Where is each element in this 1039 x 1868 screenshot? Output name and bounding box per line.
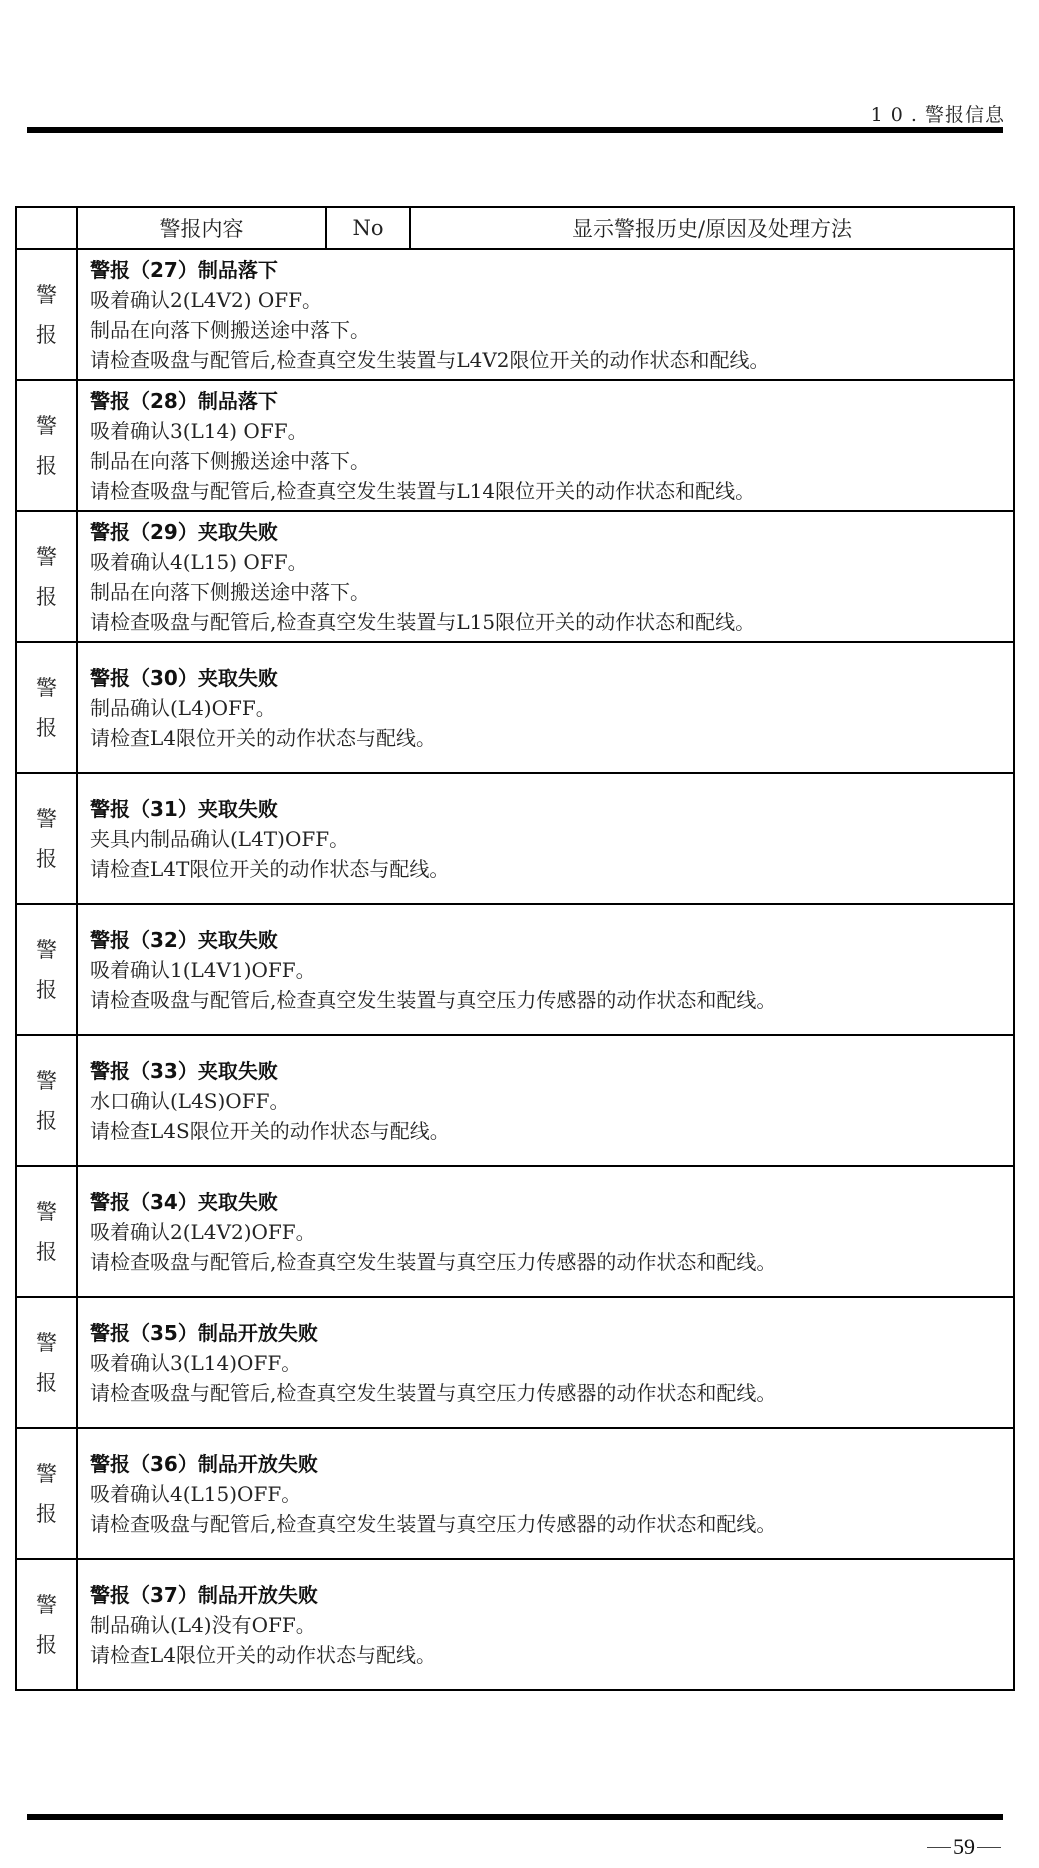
table-row: 警报警报（36）制品开放失败吸着确认4(L15)OFF。请检查吸盘与配管后,检查… — [16, 1428, 1014, 1559]
column-header-description: 显示警报历史/原因及处理方法 — [410, 207, 1014, 249]
alarm-type-char: 报 — [17, 1363, 76, 1403]
alarm-detail-line: 请检查吸盘与配管后,检查真空发生装置与真空压力传感器的动作状态和配线。 — [90, 1509, 1001, 1539]
header-rule — [27, 127, 1003, 133]
alarm-title: 警报（29）夹取失败 — [90, 517, 1001, 547]
alarm-detail-line: 制品在向落下侧搬送途中落下。 — [90, 577, 1001, 607]
alarm-title: 警报（28）制品落下 — [90, 386, 1001, 416]
alarm-type-char: 报 — [17, 1494, 76, 1534]
table-header-row: 警报内容 No 显示警报历史/原因及处理方法 — [16, 207, 1014, 249]
alarm-type-cell: 警报 — [16, 1166, 77, 1297]
alarm-table: 警报内容 No 显示警报历史/原因及处理方法 警报警报（27）制品落下吸着确认2… — [15, 206, 1015, 1691]
alarm-detail-line: 请检查吸盘与配管后,检查真空发生装置与L4V2限位开关的动作状态和配线。 — [90, 345, 1001, 375]
alarm-detail-line: 吸着确认3(L14)OFF。 — [90, 1348, 1001, 1378]
alarm-content-cell: 警报（36）制品开放失败吸着确认4(L15)OFF。请检查吸盘与配管后,检查真空… — [77, 1428, 1014, 1559]
alarm-type-cell: 警报 — [16, 249, 77, 380]
table-row: 警报警报（29）夹取失败吸着确认4(L15) OFF。制品在向落下侧搬送途中落下… — [16, 511, 1014, 642]
alarm-title: 警报（36）制品开放失败 — [90, 1449, 1001, 1479]
alarm-content-cell: 警报（37）制品开放失败制品确认(L4)没有OFF。请检查L4限位开关的动作状态… — [77, 1559, 1014, 1690]
alarm-type-char: 报 — [17, 1101, 76, 1141]
alarm-type-char: 报 — [17, 315, 76, 355]
alarm-title: 警报（34）夹取失败 — [90, 1187, 1001, 1217]
alarm-type-char: 警 — [17, 1061, 76, 1101]
alarm-detail-line: 水口确认(L4S)OFF。 — [90, 1086, 1001, 1116]
alarm-type-char: 警 — [17, 1585, 76, 1625]
alarm-rows: 警报警报（27）制品落下吸着确认2(L4V2) OFF。制品在向落下侧搬送途中落… — [16, 249, 1014, 1690]
alarm-content-cell: 警报（30）夹取失败制品确认(L4)OFF。请检查L4限位开关的动作状态与配线。 — [77, 642, 1014, 773]
table-row: 警报警报（30）夹取失败制品确认(L4)OFF。请检查L4限位开关的动作状态与配… — [16, 642, 1014, 773]
alarm-content-cell: 警报（33）夹取失败水口确认(L4S)OFF。请检查L4S限位开关的动作状态与配… — [77, 1035, 1014, 1166]
alarm-type-char: 报 — [17, 1232, 76, 1272]
alarm-title: 警报（32）夹取失败 — [90, 925, 1001, 955]
alarm-type-cell: 警报 — [16, 1428, 77, 1559]
alarm-type-char: 警 — [17, 930, 76, 970]
alarm-content-cell: 警报（29）夹取失败吸着确认4(L15) OFF。制品在向落下侧搬送途中落下。请… — [77, 511, 1014, 642]
alarm-title: 警报（31）夹取失败 — [90, 794, 1001, 824]
table-row: 警报警报（27）制品落下吸着确认2(L4V2) OFF。制品在向落下侧搬送途中落… — [16, 249, 1014, 380]
alarm-type-char: 警 — [17, 799, 76, 839]
alarm-detail-line: 请检查L4T限位开关的动作状态与配线。 — [90, 854, 1001, 884]
alarm-type-char: 报 — [17, 446, 76, 486]
alarm-type-cell: 警报 — [16, 1297, 77, 1428]
alarm-type-char: 报 — [17, 839, 76, 879]
alarm-detail-line: 制品在向落下侧搬送途中落下。 — [90, 446, 1001, 476]
alarm-content-cell: 警报（35）制品开放失败吸着确认3(L14)OFF。请检查吸盘与配管后,检查真空… — [77, 1297, 1014, 1428]
alarm-detail-line: 制品在向落下侧搬送途中落下。 — [90, 315, 1001, 345]
page-number-value: 59 — [953, 1834, 975, 1860]
alarm-detail-line: 请检查吸盘与配管后,检查真空发生装置与真空压力传感器的动作状态和配线。 — [90, 985, 1001, 1015]
alarm-title: 警报（35）制品开放失败 — [90, 1318, 1001, 1348]
alarm-detail-line: 夹具内制品确认(L4T)OFF。 — [90, 824, 1001, 854]
alarm-type-char: 警 — [17, 275, 76, 315]
dash-left — [927, 1847, 951, 1848]
alarm-type-char: 警 — [17, 1454, 76, 1494]
alarm-detail-line: 吸着确认2(L4V2)OFF。 — [90, 1217, 1001, 1247]
column-header-type — [16, 207, 77, 249]
page-number: 59 — [925, 1834, 1003, 1860]
table-row: 警报警报（34）夹取失败吸着确认2(L4V2)OFF。请检查吸盘与配管后,检查真… — [16, 1166, 1014, 1297]
alarm-type-char: 报 — [17, 708, 76, 748]
alarm-detail-line: 制品确认(L4)OFF。 — [90, 693, 1001, 723]
alarm-detail-line: 制品确认(L4)没有OFF。 — [90, 1610, 1001, 1640]
alarm-type-char: 警 — [17, 406, 76, 446]
alarm-type-char: 报 — [17, 577, 76, 617]
alarm-detail-line: 吸着确认4(L15)OFF。 — [90, 1479, 1001, 1509]
alarm-type-cell: 警报 — [16, 380, 77, 511]
table-row: 警报警报（32）夹取失败吸着确认1(L4V1)OFF。请检查吸盘与配管后,检查真… — [16, 904, 1014, 1035]
table-row: 警报警报（37）制品开放失败制品确认(L4)没有OFF。请检查L4限位开关的动作… — [16, 1559, 1014, 1690]
column-header-no: No — [326, 207, 410, 249]
alarm-title: 警报（30）夹取失败 — [90, 663, 1001, 693]
table-row: 警报警报（28）制品落下吸着确认3(L14) OFF。制品在向落下侧搬送途中落下… — [16, 380, 1014, 511]
alarm-detail-line: 吸着确认2(L4V2) OFF。 — [90, 285, 1001, 315]
alarm-type-char: 警 — [17, 668, 76, 708]
alarm-type-char: 警 — [17, 1323, 76, 1363]
alarm-type-char: 报 — [17, 970, 76, 1010]
alarm-content-cell: 警报（31）夹取失败夹具内制品确认(L4T)OFF。请检查L4T限位开关的动作状… — [77, 773, 1014, 904]
alarm-type-cell: 警报 — [16, 1035, 77, 1166]
alarm-detail-line: 请检查吸盘与配管后,检查真空发生装置与真空压力传感器的动作状态和配线。 — [90, 1378, 1001, 1408]
alarm-content-cell: 警报（27）制品落下吸着确认2(L4V2) OFF。制品在向落下侧搬送途中落下。… — [77, 249, 1014, 380]
alarm-detail-line: 请检查L4限位开关的动作状态与配线。 — [90, 723, 1001, 753]
alarm-type-char: 警 — [17, 537, 76, 577]
alarm-title: 警报（27）制品落下 — [90, 255, 1001, 285]
alarm-content-cell: 警报（32）夹取失败吸着确认1(L4V1)OFF。请检查吸盘与配管后,检查真空发… — [77, 904, 1014, 1035]
column-header-content: 警报内容 — [77, 207, 326, 249]
alarm-type-cell: 警报 — [16, 1559, 77, 1690]
alarm-type-cell: 警报 — [16, 511, 77, 642]
alarm-content-cell: 警报（34）夹取失败吸着确认2(L4V2)OFF。请检查吸盘与配管后,检查真空发… — [77, 1166, 1014, 1297]
alarm-detail-line: 吸着确认1(L4V1)OFF。 — [90, 955, 1001, 985]
alarm-type-cell: 警报 — [16, 904, 77, 1035]
table-row: 警报警报（33）夹取失败水口确认(L4S)OFF。请检查L4S限位开关的动作状态… — [16, 1035, 1014, 1166]
alarm-title: 警报（37）制品开放失败 — [90, 1580, 1001, 1610]
alarm-type-cell: 警报 — [16, 642, 77, 773]
dash-right — [977, 1847, 1001, 1848]
alarm-content-cell: 警报（28）制品落下吸着确认3(L14) OFF。制品在向落下侧搬送途中落下。请… — [77, 380, 1014, 511]
alarm-detail-line: 吸着确认3(L14) OFF。 — [90, 416, 1001, 446]
alarm-type-char: 报 — [17, 1625, 76, 1665]
alarm-detail-line: 吸着确认4(L15) OFF。 — [90, 547, 1001, 577]
alarm-title: 警报（33）夹取失败 — [90, 1056, 1001, 1086]
alarm-detail-line: 请检查吸盘与配管后,检查真空发生装置与L14限位开关的动作状态和配线。 — [90, 476, 1001, 506]
section-title: 1 0 . 警报信息 — [871, 100, 1005, 127]
alarm-type-char: 警 — [17, 1192, 76, 1232]
footer-rule — [27, 1814, 1003, 1820]
alarm-detail-line: 请检查L4限位开关的动作状态与配线。 — [90, 1640, 1001, 1670]
table-row: 警报警报（35）制品开放失败吸着确认3(L14)OFF。请检查吸盘与配管后,检查… — [16, 1297, 1014, 1428]
alarm-detail-line: 请检查吸盘与配管后,检查真空发生装置与真空压力传感器的动作状态和配线。 — [90, 1247, 1001, 1277]
alarm-detail-line: 请检查吸盘与配管后,检查真空发生装置与L15限位开关的动作状态和配线。 — [90, 607, 1001, 637]
alarm-type-cell: 警报 — [16, 773, 77, 904]
table-row: 警报警报（31）夹取失败夹具内制品确认(L4T)OFF。请检查L4T限位开关的动… — [16, 773, 1014, 904]
alarm-detail-line: 请检查L4S限位开关的动作状态与配线。 — [90, 1116, 1001, 1146]
